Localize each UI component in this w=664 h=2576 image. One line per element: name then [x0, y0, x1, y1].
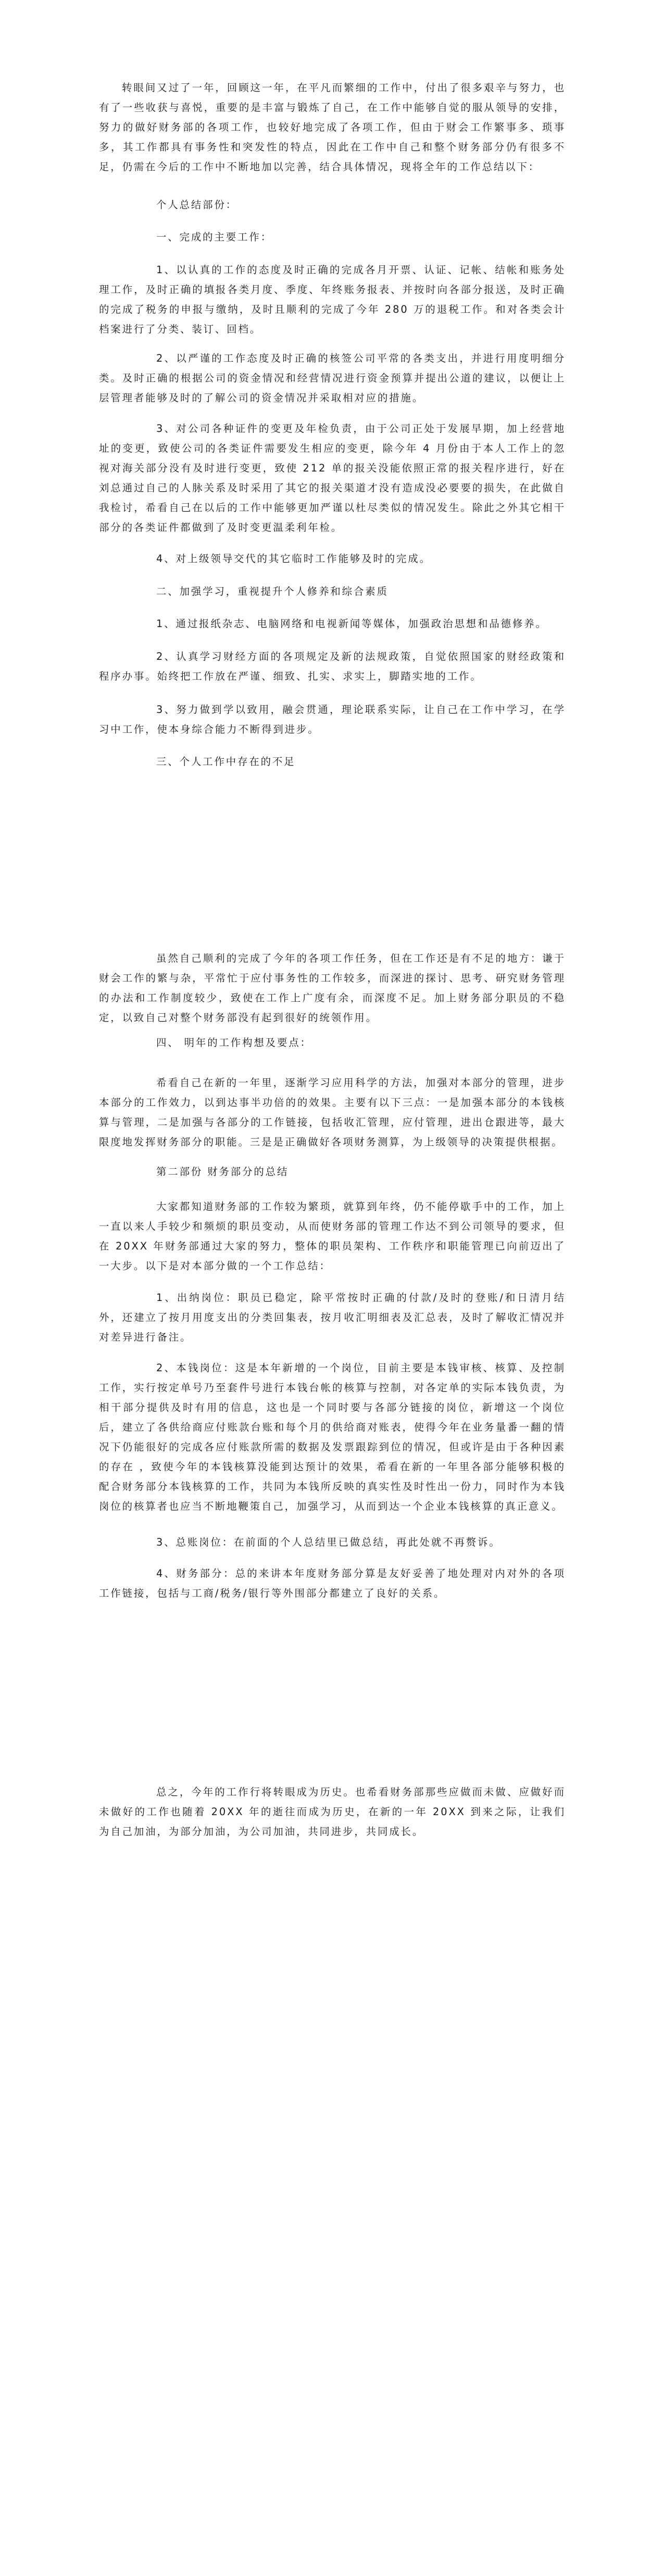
conclusion-paragraph: 总之，今年的工作行将转眼成为历史。也希看财务部那些应做而未做、应做好而未做好的工…	[99, 1782, 566, 1842]
section2-item-2: 2、认真学习财经方面的各项规定及新的法规政策，自觉依照国家的财经政策和程序办事。…	[99, 647, 566, 686]
section1-item-2: 2、以严谨的工作态度及时正确的核签公司平常的各类支出，并进行用度明细分类。及时正…	[99, 349, 566, 408]
section1-item-1: 1、以认真的工作的态度及时正确的完成各月开票、认证、记帐、结帐和账务处理工作，及…	[99, 260, 566, 339]
section4-body: 希看自己在新的一年里，逐渐学习应用科学的方法，加强对本部分的管理，进步本部分的工…	[99, 1073, 566, 1152]
part2-item-2: 2、本钱岗位：这是本年新增的一个岗位，目前主要是本钱审核、核算、及控制工作，实行…	[99, 1358, 566, 1516]
section3-heading: 三、个人工作中存在的不足	[99, 752, 566, 772]
section1-item-3: 3、对公司各种证件的变更及年检负责，由于公司正处于发展早期，加上经营地址的变更，…	[99, 419, 566, 538]
intro-paragraph: 转眼间又过了一年，回顾这一年，在平凡而繁细的工作中，付出了很多艰辛与努力，也有了…	[99, 78, 566, 177]
section1-item-4: 4、对上级领导交代的其它临时工作能够及时的完成。	[99, 549, 566, 569]
section3-body: 虽然自己顺利的完成了今年的各项工作任务，但在工作还是有不足的地方：谦于财会工作的…	[99, 949, 566, 1028]
part2-intro: 大家都知道财务部的工作较为繁琐，就算到年终，仍不能停歇手中的工作，加上一直以来人…	[99, 1197, 566, 1276]
part2-item-3: 3、总账岗位：在前面的个人总结里已做总结，再此处就不再赘诉。	[99, 1533, 566, 1552]
part2-title: 第二部份 财务部分的总结	[99, 1162, 566, 1182]
part2-item-1: 1、出纳岗位：职员已稳定，除平常按时正确的付款/及时的登账/和日清月结外，还建立…	[99, 1288, 566, 1347]
section4-heading: 四、 明年的工作构想及要点：	[99, 1033, 566, 1053]
section2-item-3: 3、努力做到学以致用，融会贯通，理论联系实际，让自己在工作中学习，在学习中工作，…	[99, 700, 566, 739]
document-page: 转眼间又过了一年，回顾这一年，在平凡而繁细的工作中，付出了很多艰辛与努力，也有了…	[0, 0, 664, 2576]
section2-item-1: 1、通过报纸杂志、电脑网络和电视新闻等媒体，加强政治思想和品德修养。	[99, 614, 566, 634]
section1-heading: 一、完成的主要工作：	[99, 227, 566, 247]
part2-item-4: 4、财务部分：总的来讲本年度财务部分算是友好妥善了地处理对内对外的各项工作链接，…	[99, 1564, 566, 1603]
part1-title: 个人总结部份：	[99, 195, 566, 215]
section2-heading: 二、加强学习，重视提升个人修养和综合素质	[99, 582, 566, 602]
